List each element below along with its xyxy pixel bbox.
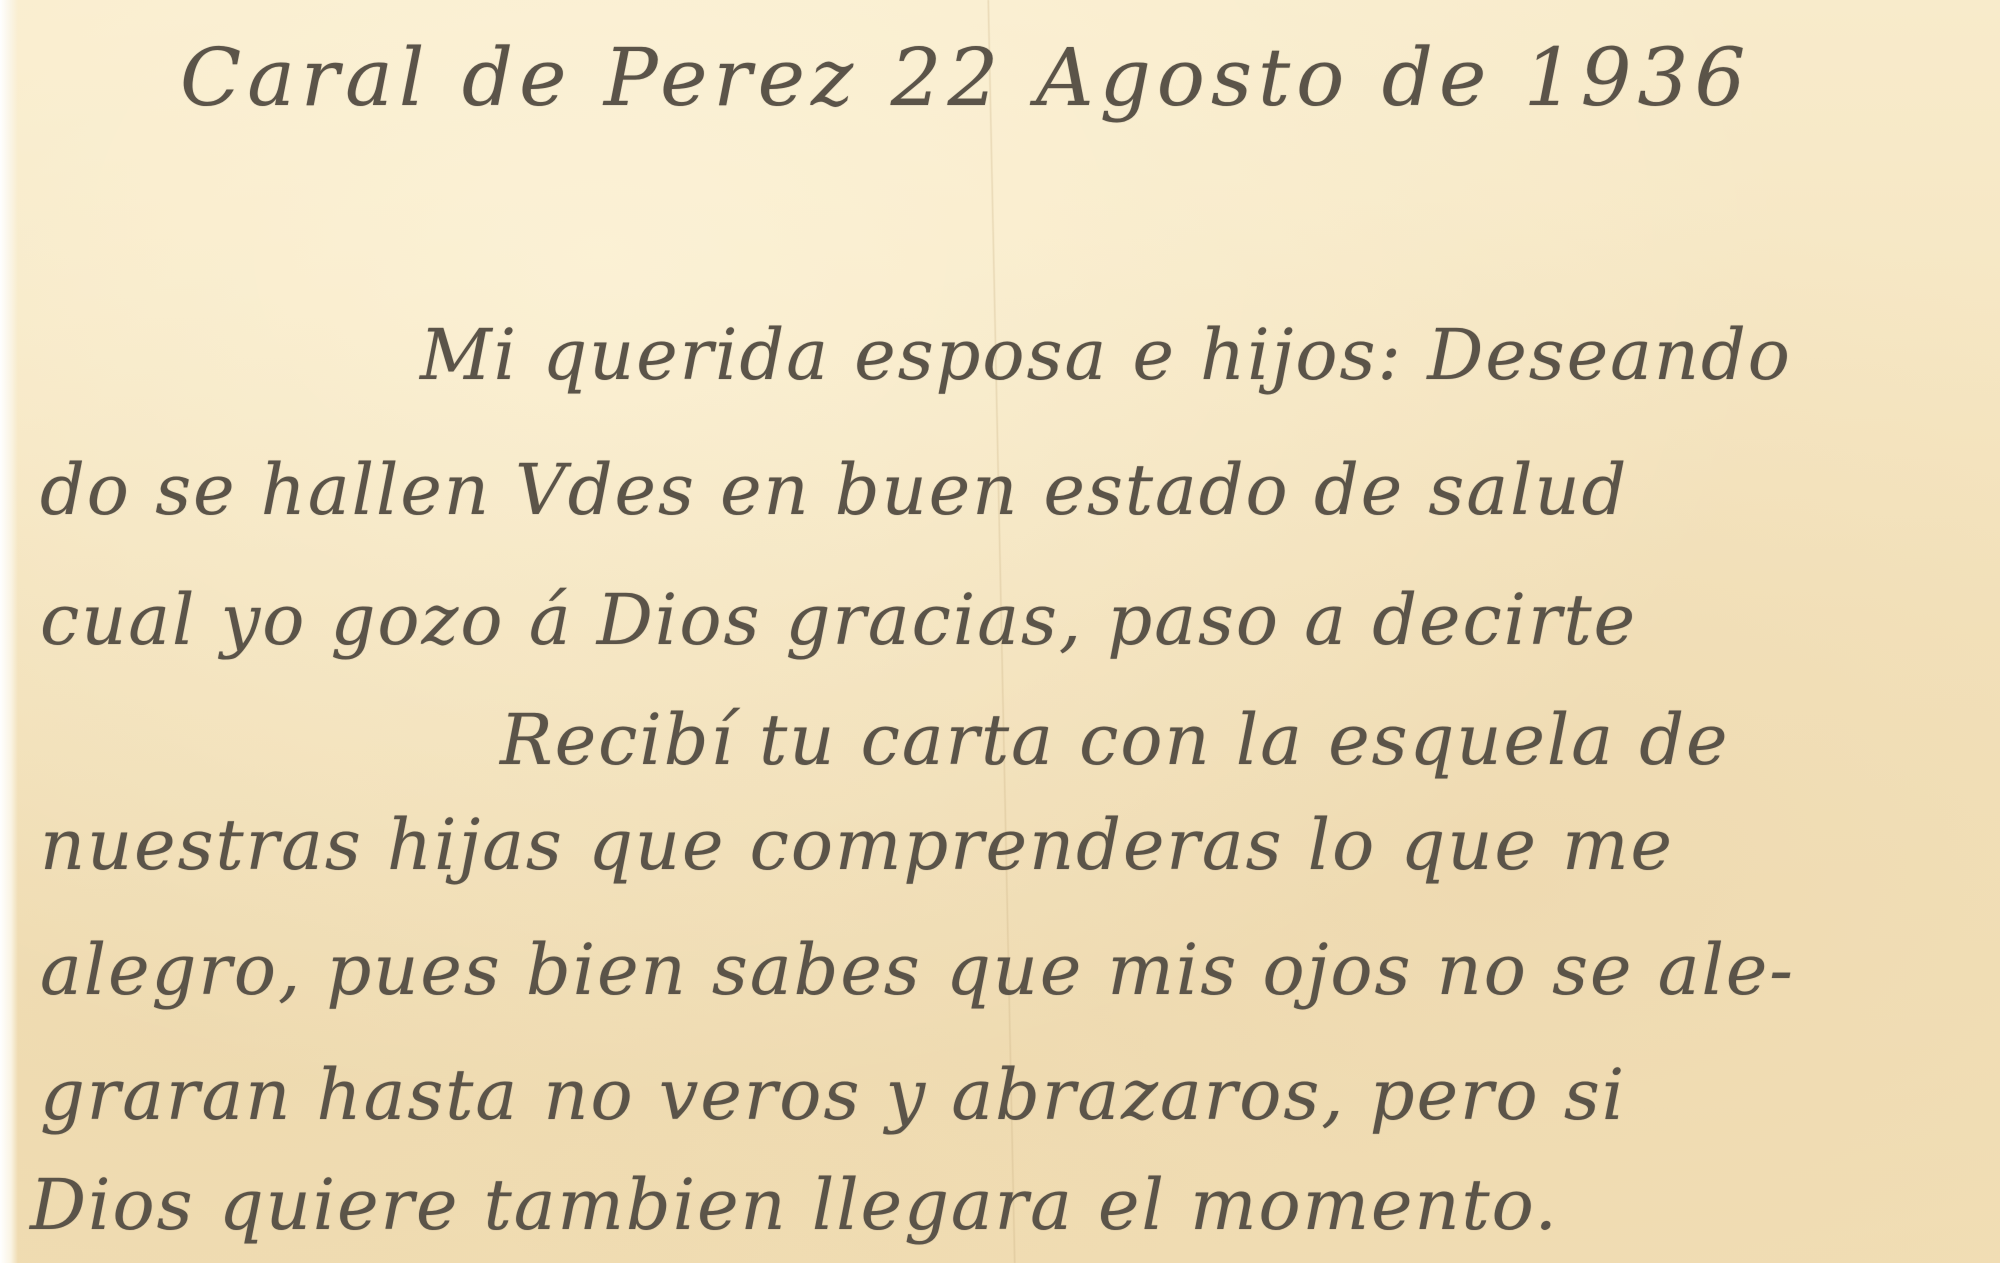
letter-line: cual yo gozo á Dios gracias, paso a deci… (40, 585, 1637, 655)
page-edge (0, 0, 18, 1263)
letter-line-paragraph-start: Recibí tu carta con la esquela de (500, 705, 1729, 775)
letter-line: alegro, pues bien sabes que mis ojos no … (40, 935, 1795, 1005)
letter-line: Dios quiere tambien llegara el momento. (30, 1170, 1559, 1240)
letter-line: nuestras hijas que comprenderas lo que m… (40, 810, 1674, 880)
letter-line: do se hallen Vdes en buen estado de salu… (40, 455, 1628, 525)
letter-page: Caral de Perez 22 Agosto de 1936 Mi quer… (0, 0, 2000, 1263)
letter-line: graran hasta no veros y abrazaros, pero … (40, 1060, 1626, 1130)
place-date-heading: Caral de Perez 22 Agosto de 1936 (180, 38, 1751, 118)
letter-line-salutation: Mi querida esposa e hijos: Deseando (420, 320, 1792, 390)
